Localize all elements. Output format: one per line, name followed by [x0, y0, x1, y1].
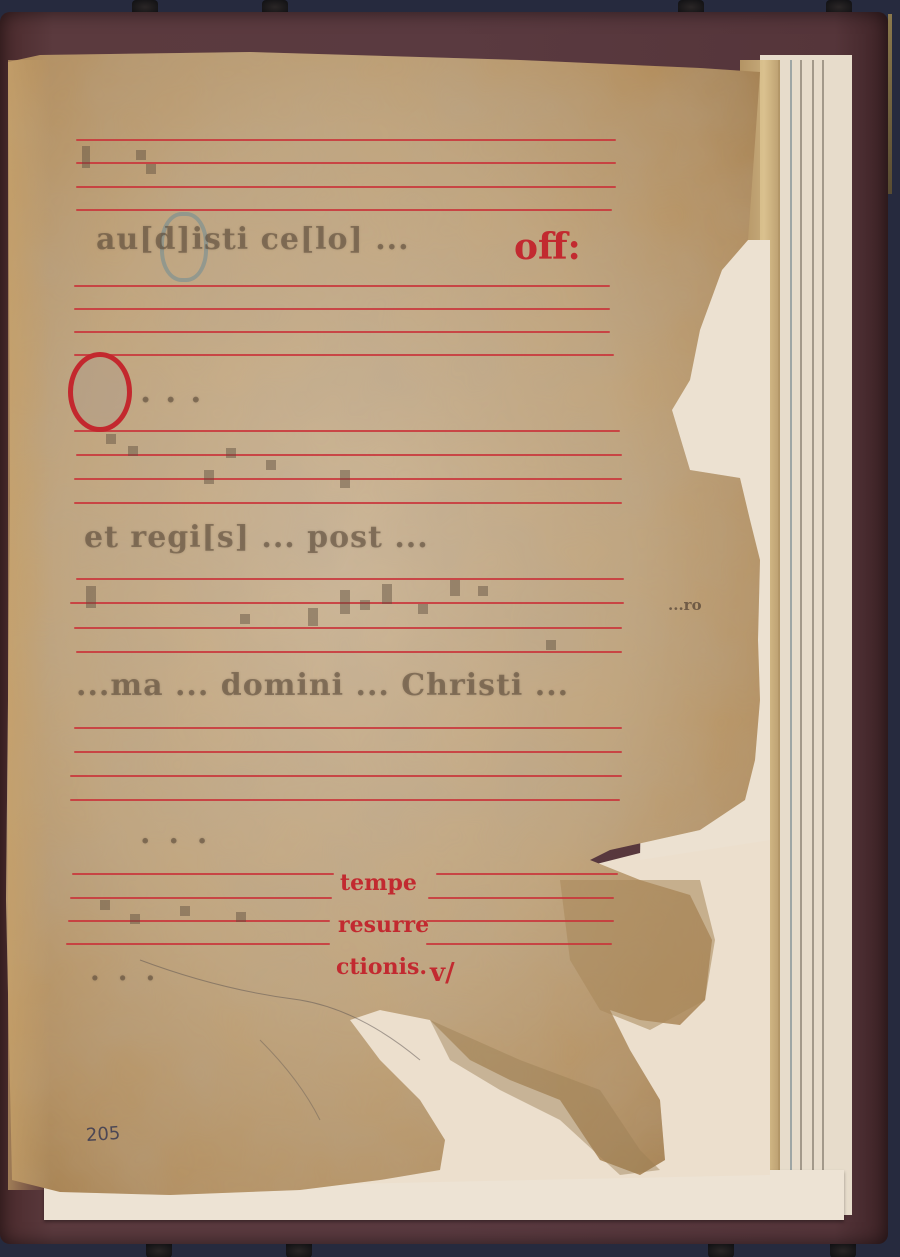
neume: [240, 614, 250, 624]
rubric-offertory: off:: [514, 226, 581, 268]
text-line-6: ...: [90, 954, 173, 987]
neume: [266, 460, 276, 470]
text-line-1: au[d]isti ce[lo] ...: [96, 222, 410, 257]
text-line-4: ...ma ... domini ... Christi ...: [76, 668, 569, 703]
rubric-line-1: tempe: [340, 870, 417, 896]
neume: [478, 586, 488, 596]
neume: [146, 164, 156, 174]
text-line-5: ...: [140, 816, 225, 851]
neume: [128, 446, 138, 456]
margin-note: ...ro: [668, 596, 702, 614]
staff-line: [74, 285, 610, 287]
staff-line: [74, 751, 622, 753]
neume: [226, 448, 236, 458]
staff-line: [74, 627, 622, 629]
staff-line: [70, 775, 622, 777]
neume: [382, 584, 392, 604]
text-line-3: et regi[s] ... post ...: [84, 520, 429, 555]
staff-line: [66, 943, 330, 945]
neume: [546, 640, 556, 650]
staff-line: [70, 799, 620, 801]
staff-line: [74, 727, 622, 729]
neume: [136, 150, 146, 160]
text-line-2: ...: [140, 372, 215, 410]
neume: [100, 900, 110, 910]
neume: [236, 912, 246, 922]
rubric-line-3: ctionis.: [336, 954, 427, 980]
staff-line: [74, 331, 610, 333]
staff-line: [74, 430, 620, 432]
neume: [180, 906, 190, 916]
staff-line: [426, 920, 614, 922]
staff-line: [74, 354, 614, 356]
neume: [106, 434, 116, 444]
staff-line: [436, 873, 618, 875]
rubric-line-2: resurre: [338, 912, 429, 938]
neume: [82, 146, 90, 168]
initial-letter-o: [68, 352, 132, 432]
neume: [308, 608, 318, 626]
staff-line: [428, 897, 614, 899]
neume: [340, 590, 350, 614]
staff-line: [74, 502, 622, 504]
neume: [360, 600, 370, 610]
staff-line: [76, 186, 616, 188]
staff-line: [76, 139, 616, 141]
staff-line: [68, 920, 330, 922]
neume: [130, 914, 140, 924]
neume: [86, 586, 96, 608]
staff-line: [72, 873, 334, 875]
staff-line: [74, 308, 610, 310]
staff-line: [76, 651, 622, 653]
neume: [418, 604, 428, 614]
staff-line: [76, 578, 624, 580]
staff-line: [426, 943, 612, 945]
folio-number: 205: [85, 1123, 121, 1146]
neume: [450, 580, 460, 596]
staff-line: [76, 209, 612, 211]
versicle-mark: v/: [430, 958, 455, 988]
staff-line: [76, 162, 616, 164]
neume: [204, 470, 214, 484]
staff-line: [70, 897, 332, 899]
neume: [340, 470, 350, 488]
staff-line: [76, 454, 622, 456]
